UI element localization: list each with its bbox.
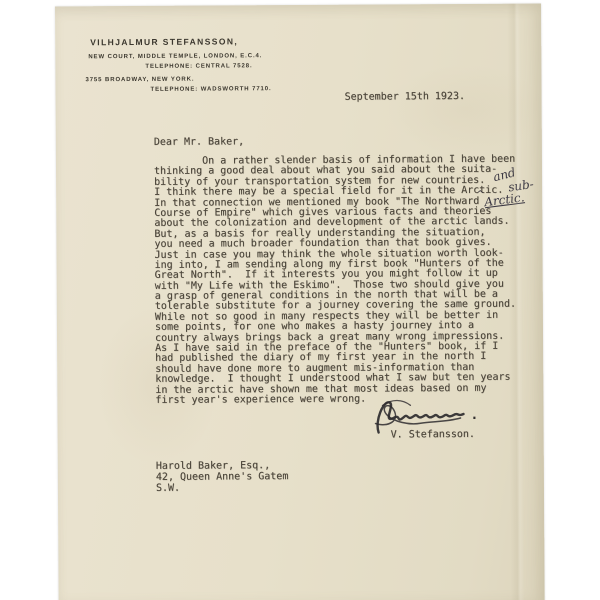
typed-signature: V. Stefansson. (391, 429, 475, 441)
recipient-address-line: S.W. (156, 482, 289, 494)
letter-paper: VILHJALMUR STEFANSSON, NEW COURT, MIDDLE… (55, 4, 545, 600)
letterhead-london-telephone: TELEPHONE: CENTRAL 7528. (145, 63, 252, 70)
scanned-letter: VILHJALMUR STEFANSSON, NEW COURT, MIDDLE… (0, 0, 600, 600)
letterhead-name: VILHJALMUR STEFANSSON, (90, 36, 238, 47)
handwritten-word-arctic: Arctic. (484, 192, 525, 207)
handwritten-word-and: and (492, 167, 516, 182)
letterhead-newyork-address: 3755 BROADWAY, NEW YORK. (85, 77, 194, 84)
recipient-address-line: Harold Baker, Esq., (156, 460, 289, 472)
paper-stain (385, 63, 546, 154)
recipient-address-line: 42, Queen Anne's Gatem (156, 471, 289, 483)
letterhead-newyork-telephone: TELEPHONE: WADSWORTH 7710. (150, 86, 271, 93)
signature-period: . (470, 408, 478, 423)
letter-salutation: Dear Mr. Baker, (154, 136, 244, 148)
recipient-address: Harold Baker, Esq.,42, Queen Anne's Gate… (156, 460, 289, 494)
letter-date: September 15th 1923. (345, 91, 465, 103)
handwritten-word-sub: sub- (508, 179, 535, 193)
letterhead-london-address: NEW COURT, MIDDLE TEMPLE, LONDON, E.C.4. (88, 53, 262, 60)
letter-body: On a rather slender basis of information… (154, 155, 532, 407)
